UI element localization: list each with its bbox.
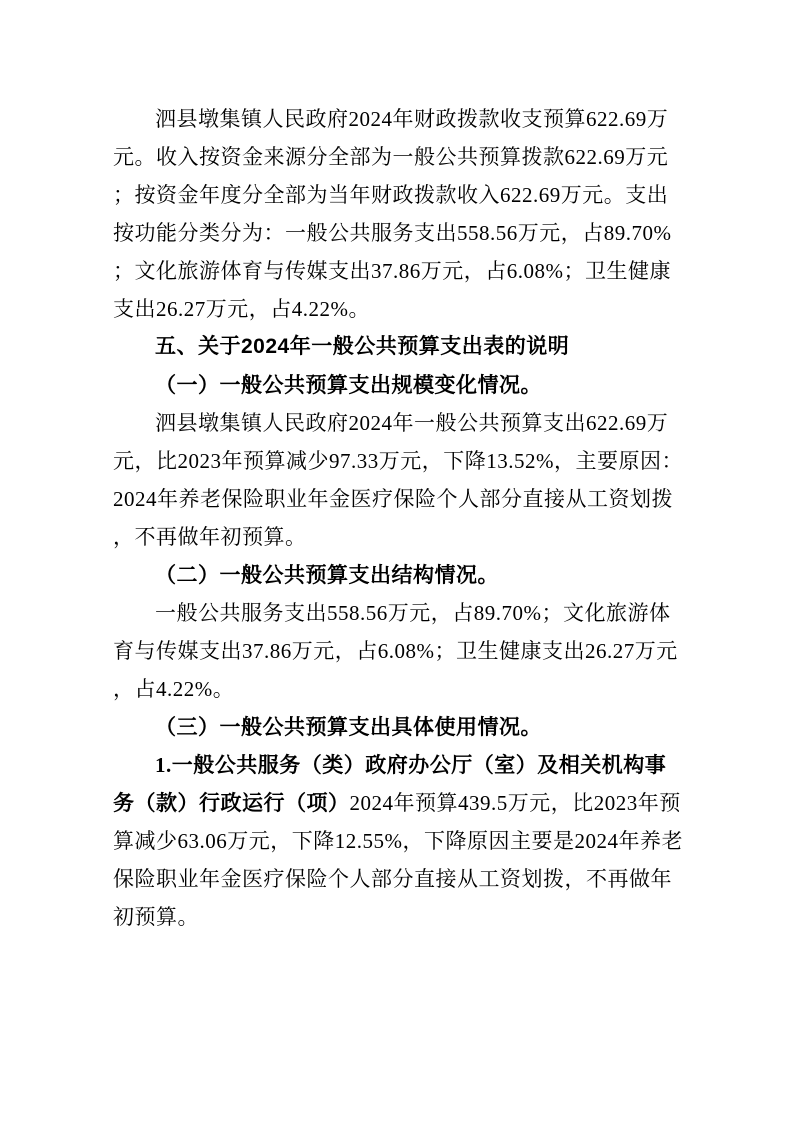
paragraph-fiscal-summary-line: 按功能分类分为：一般公共服务支出558.56万元，占89.70% [113,214,681,252]
paragraph-structure-line: ，占4.22%。 [113,670,681,708]
item1-admin-operation-line: 算减少63.06万元，下降12.55%，下降原因主要是2024年养老 [113,822,681,860]
paragraph-scale-change-line: 元，比2023年预算减少97.33万元，下降13.52%，主要原因： [113,442,681,480]
item1-admin-operation-line: 保险职业年金医疗保险个人部分直接从工资划拨，不再做年 [113,860,681,898]
document-content: 泗县墩集镇人民政府2024年财政拨款收支预算622.69万 元。收入按资金来源分… [113,100,681,936]
subsection-heading-one: （一）一般公共预算支出规模变化情况。 [113,366,681,404]
document-page: 泗县墩集镇人民政府2024年财政拨款收支预算622.69万 元。收入按资金来源分… [0,0,793,1122]
item1-admin-operation-line: 初预算。 [113,898,681,936]
item1-admin-operation-line: 1.一般公共服务（类）政府办公厅（室）及相关机构事 [113,746,681,784]
paragraph-fiscal-summary-line: 泗县墩集镇人民政府2024年财政拨款收支预算622.69万 [113,100,681,138]
section-heading-five: 五、关于2024年一般公共预算支出表的说明 [113,328,681,366]
paragraph-fiscal-summary-line: ；文化旅游体育与传媒支出37.86万元，占6.08%；卫生健康 [113,252,681,290]
paragraph-fiscal-summary-line: ；按资金年度分全部为当年财政拨款收入622.69万元。支出 [113,176,681,214]
paragraph-scale-change-line: ，不再做年初预算。 [113,518,681,556]
paragraph-scale-change-line: 2024年养老保险职业年金医疗保险个人部分直接从工资划拨 [113,480,681,518]
subsection-heading-two: （二）一般公共预算支出结构情况。 [113,556,681,594]
paragraph-fiscal-summary-line: 支出26.27万元，占4.22%。 [113,290,681,328]
paragraph-fiscal-summary-line: 元。收入按资金来源分全部为一般公共预算拨款622.69万元 [113,138,681,176]
item1-bold-run: 务（款）行政运行（项） [113,791,350,815]
paragraph-structure-line: 育与传媒支出37.86万元，占6.08%；卫生健康支出26.27万元 [113,632,681,670]
subsection-heading-three: （三）一般公共预算支出具体使用情况。 [113,708,681,746]
paragraph-scale-change-line: 泗县墩集镇人民政府2024年一般公共预算支出622.69万 [113,404,681,442]
item1-normal-run: 2024年预算439.5万元，比2023年预 [350,791,681,815]
item1-admin-operation-line: 务（款）行政运行（项）2024年预算439.5万元，比2023年预 [113,784,681,822]
paragraph-structure-line: 一般公共服务支出558.56万元，占89.70%；文化旅游体 [113,594,681,632]
